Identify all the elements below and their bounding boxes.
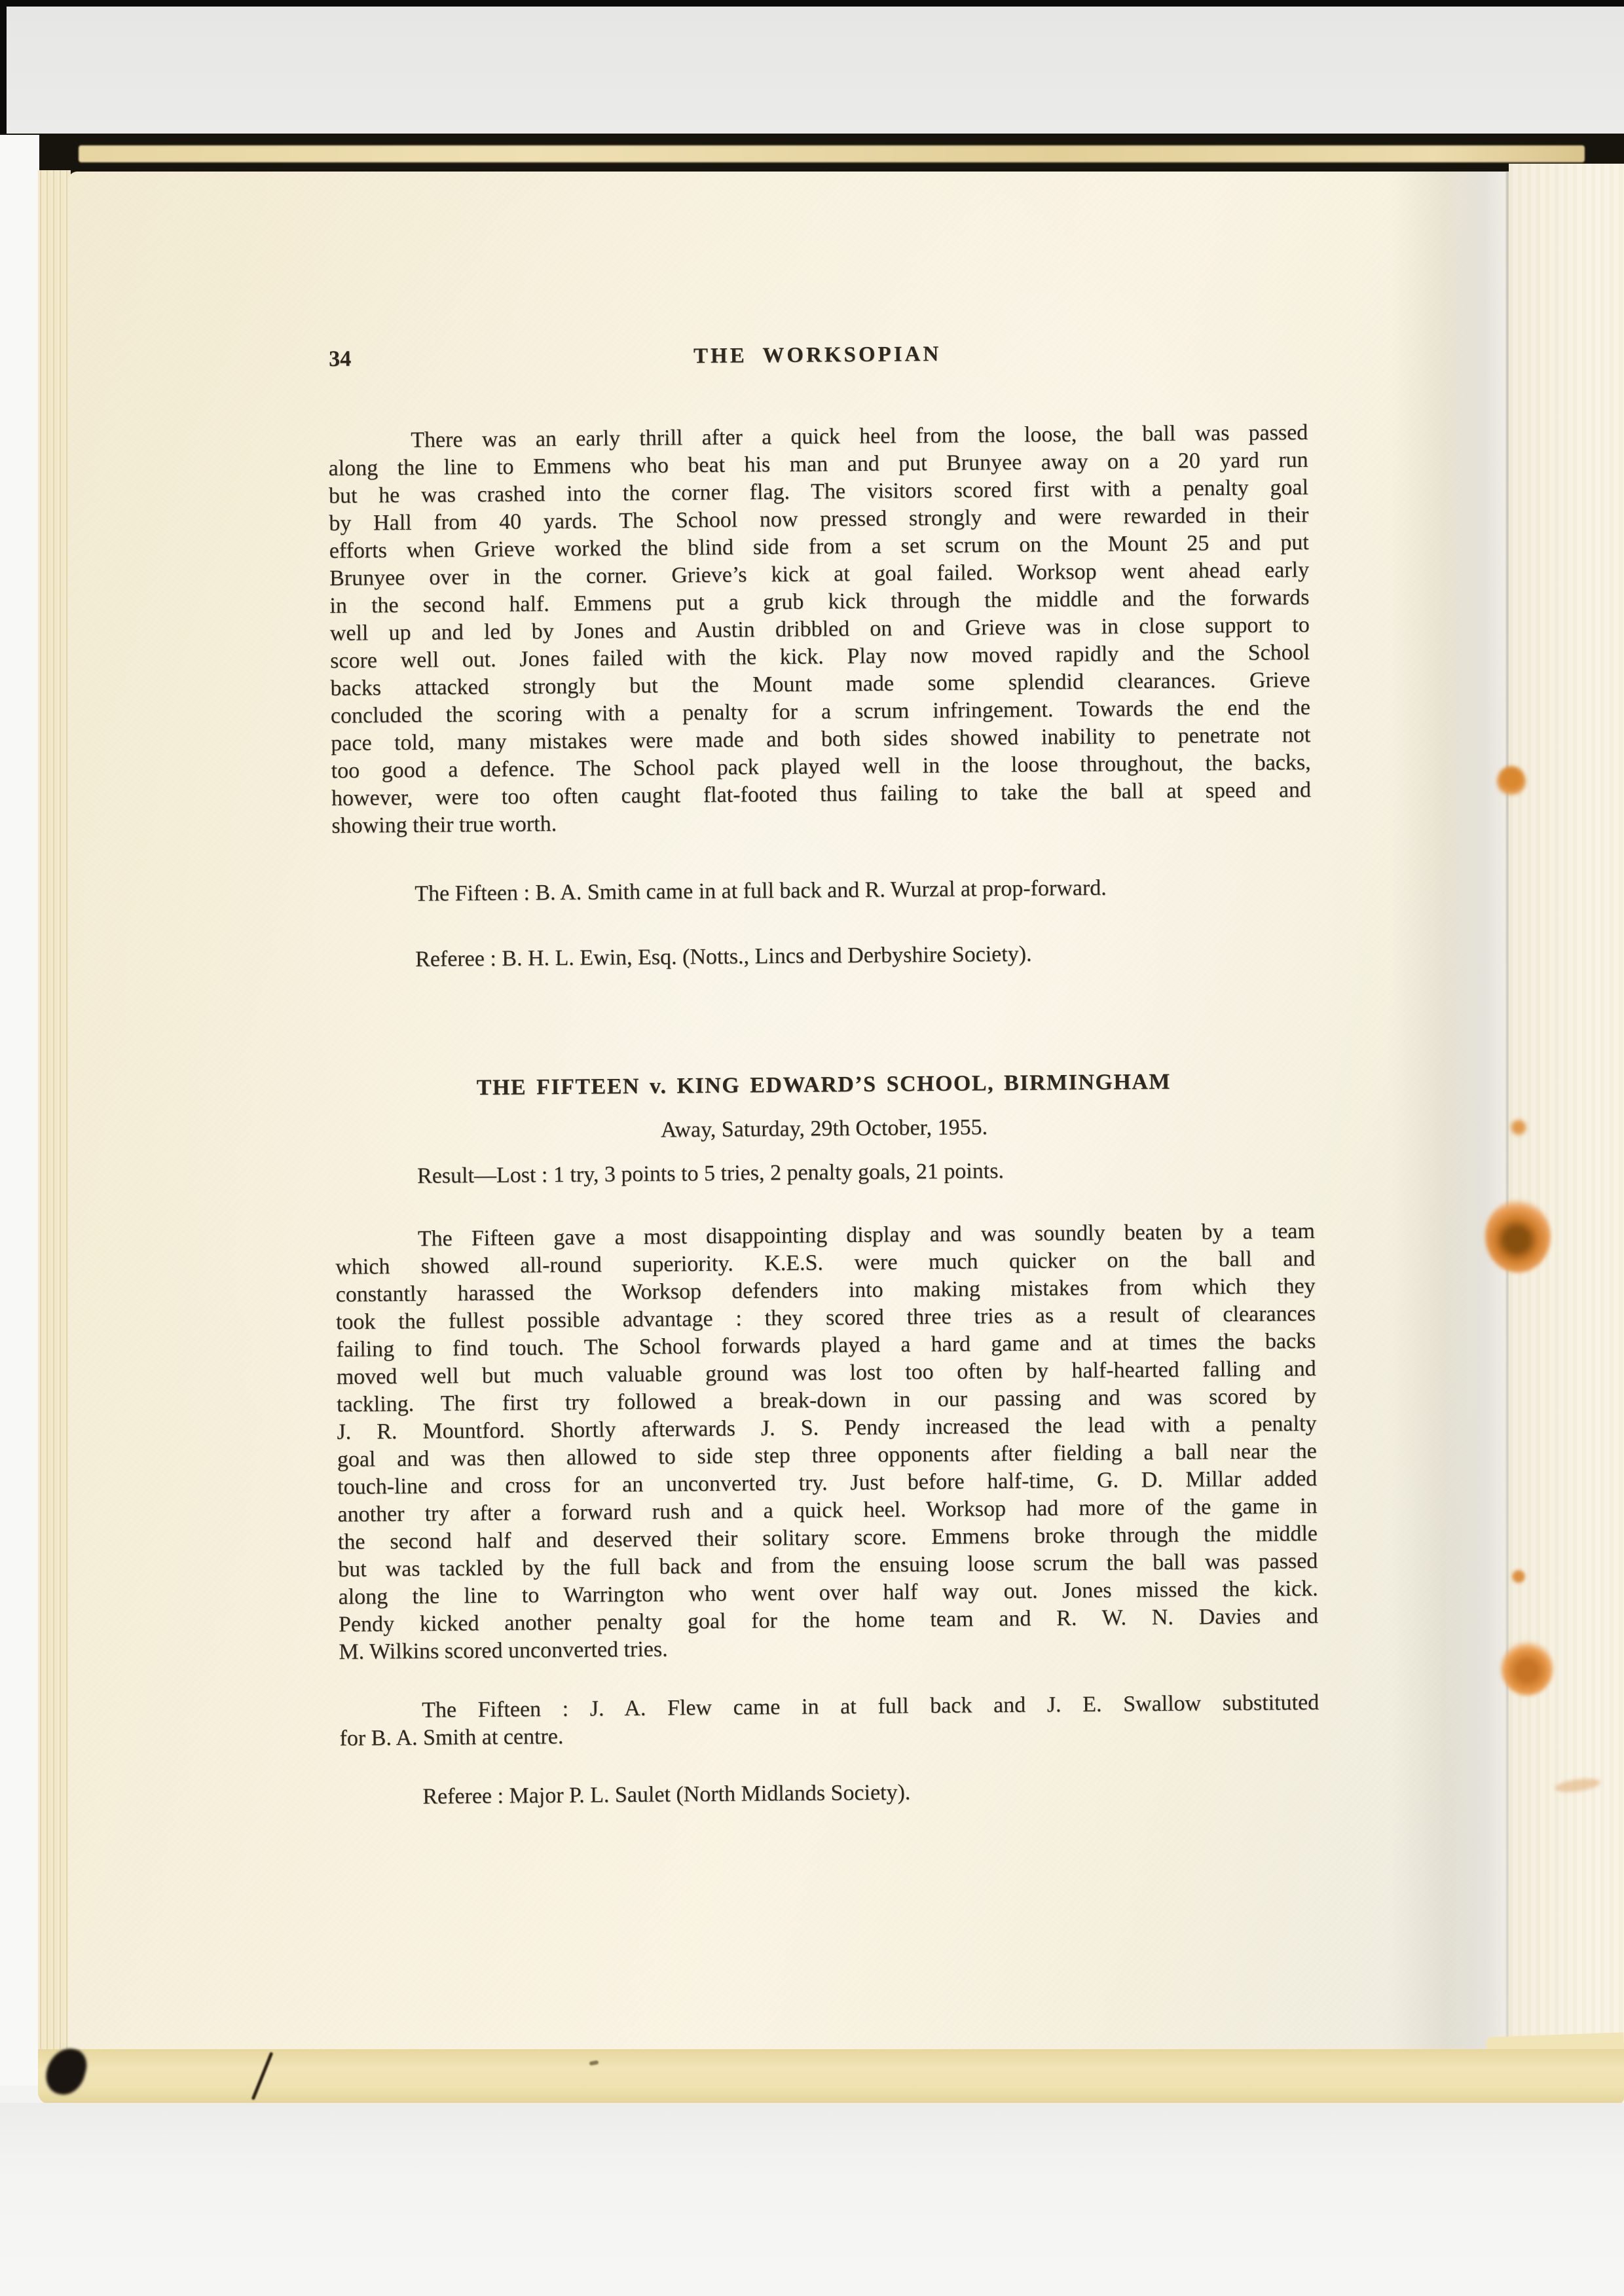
- foxing-stain: [1501, 1641, 1553, 1696]
- text-block-bottom-edge: [38, 2049, 1624, 2104]
- foxing-stain: [1497, 766, 1526, 797]
- scanner-bed-bottom: [0, 2103, 1624, 2296]
- match-report-paragraph-2: The Fifteen gave a most disappointing di…: [335, 1218, 1319, 1666]
- foxing-stain: [1485, 1199, 1551, 1273]
- gutter-fold-shadow: [1391, 172, 1509, 2052]
- scan-border-top: [0, 0, 1624, 7]
- book-cover-tan-edge: [79, 145, 1585, 162]
- facing-page-paper: [1509, 164, 1624, 2052]
- page-fore-edges: [38, 170, 71, 2054]
- foxing-stain: [1509, 1118, 1528, 1137]
- foxing-stain: [1511, 1569, 1526, 1584]
- fifteen-note-2: The Fifteen : J. A. Flew came in at full…: [339, 1689, 1319, 1753]
- scanner-bed-left: [0, 135, 39, 2086]
- scanned-book-page: { "page": { "number": "34", "journal_tit…: [0, 0, 1624, 2296]
- scanner-lid-background: [0, 4, 1624, 135]
- match-report-paragraph-1: There was an early thrill after a quick …: [328, 419, 1311, 840]
